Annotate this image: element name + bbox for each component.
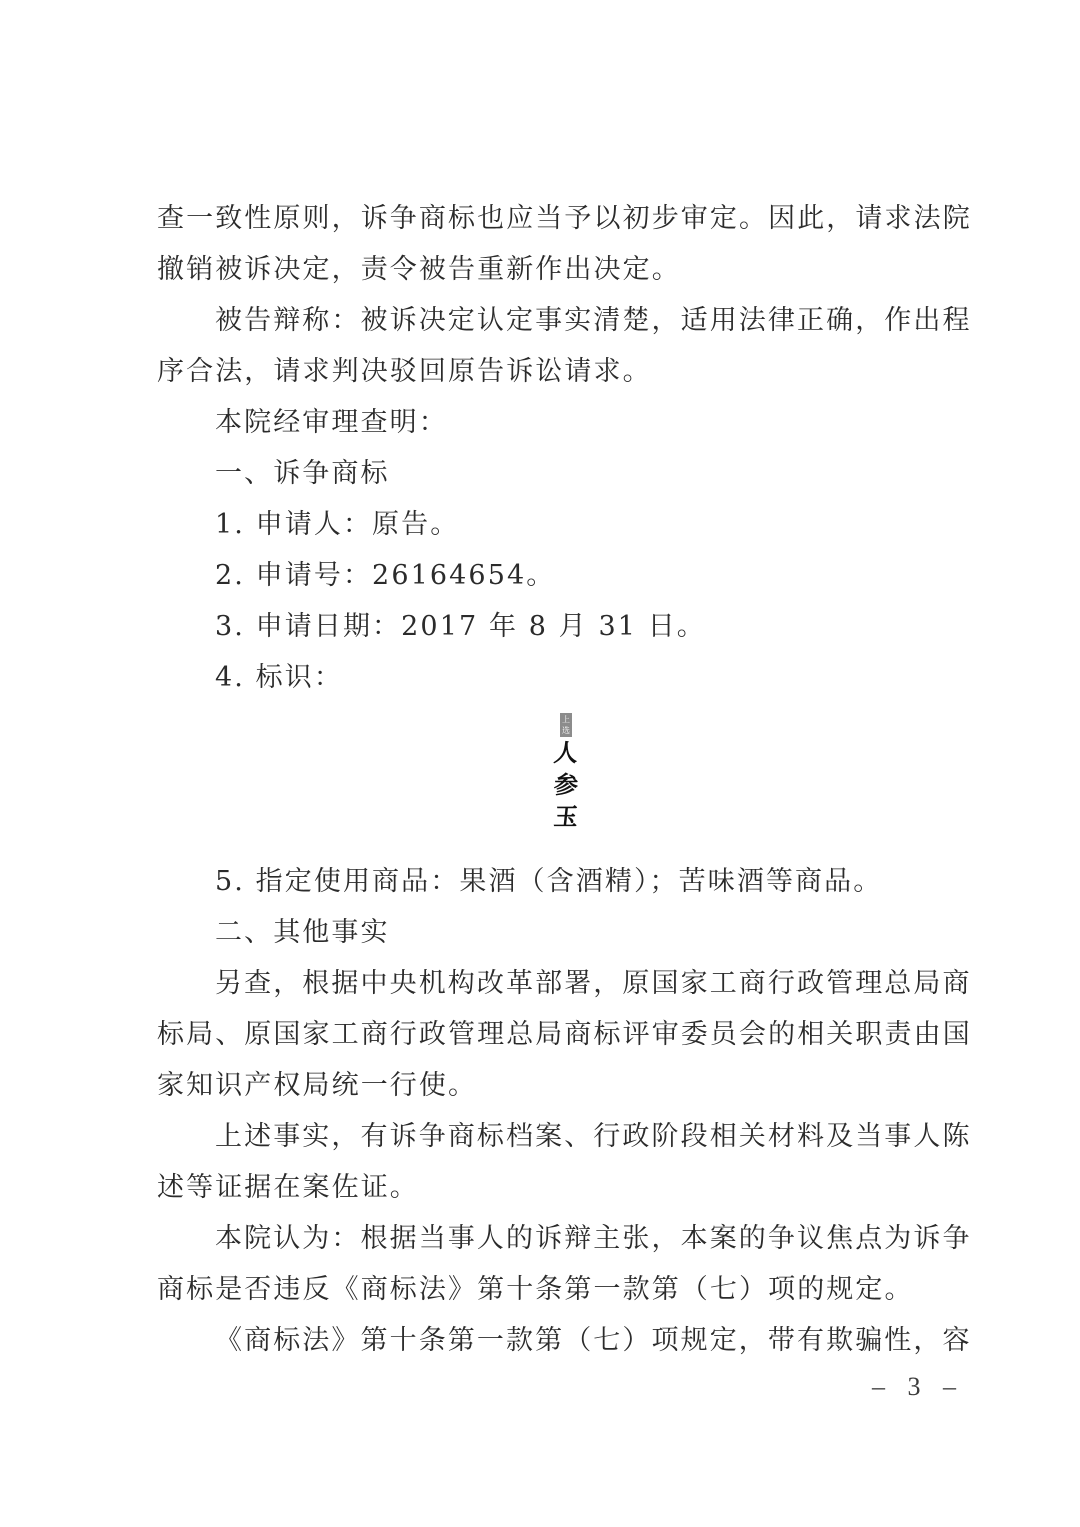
trademark-char: 人 [552, 737, 579, 769]
seal-char-top: 上 [560, 714, 572, 725]
text-line: 查一致性原则，诉争商标也应当予以初步审定。因此，请求法院 [157, 193, 977, 244]
text-line: 述等证据在案佐证。 [157, 1162, 977, 1213]
text-line: 1. 申请人：原告。 [157, 499, 977, 550]
item-applicant: 1. 申请人：原告。 [157, 499, 977, 550]
page-number: – 3 – [872, 1372, 964, 1402]
text-line: 2. 申请号：26164654。 [157, 550, 977, 601]
text-line: 5. 指定使用商品：果酒（含酒精）；苦味酒等商品。 [157, 856, 977, 907]
text-line: 4. 标识： [157, 652, 977, 703]
text-line: 一、诉争商标 [157, 448, 977, 499]
text-line: 另查，根据中央机构改革部署，原国家工商行政管理总局商 [157, 958, 977, 1009]
paragraph-court-opinion: 本院认为：根据当事人的诉辩主张，本案的争议焦点为诉争 商标是否违反《商标法》第十… [157, 1213, 977, 1315]
trademark-char: 参 [552, 769, 579, 801]
paragraph-defendant-argument: 被告辩称：被诉决定认定事实清楚，适用法律正确，作出程 序合法，请求判决驳回原告诉… [157, 295, 977, 397]
text-line: 家知识产权局统一行使。 [157, 1060, 977, 1111]
text-line: 本院经审理查明： [157, 397, 977, 448]
text-line: 序合法，请求判决驳回原告诉讼请求。 [157, 346, 977, 397]
text-line: 3. 申请日期：2017 年 8 月 31 日。 [157, 601, 977, 652]
document-page: 查一致性原则，诉争商标也应当予以初步审定。因此，请求法院 撤销被诉决定，责令被告… [0, 0, 1080, 1527]
text-line: 被告辩称：被诉决定认定事实清楚，适用法律正确，作出程 [157, 295, 977, 346]
text-line: 本院认为：根据当事人的诉辩主张，本案的争议焦点为诉争 [157, 1213, 977, 1264]
document-body: 查一致性原则，诉争商标也应当予以初步审定。因此，请求法院 撤销被诉决定，责令被告… [157, 193, 977, 1366]
item-application-number: 2. 申请号：26164654。 [157, 550, 977, 601]
trademark-image: 上 选 人 参 玉 [157, 703, 977, 856]
text-line: 撤销被诉决定，责令被告重新作出决定。 [157, 244, 977, 295]
paragraph-evidence: 上述事实，有诉争商标档案、行政阶段相关材料及当事人陈 述等证据在案佐证。 [157, 1111, 977, 1213]
item-designated-goods: 5. 指定使用商品：果酒（含酒精）；苦味酒等商品。 [157, 856, 977, 907]
text-line: 二、其他事实 [157, 907, 977, 958]
item-application-date: 3. 申请日期：2017 年 8 月 31 日。 [157, 601, 977, 652]
paragraph-institutional-reform: 另查，根据中央机构改革部署，原国家工商行政管理总局商 标局、原国家工商行政管理总… [157, 958, 977, 1111]
trademark-seal-icon: 上 选 [560, 713, 572, 737]
paragraph-plaintiff-claim-end: 查一致性原则，诉争商标也应当予以初步审定。因此，请求法院 撤销被诉决定，责令被告… [157, 193, 977, 295]
text-line: 商标是否违反《商标法》第十条第一款第（七）项的规定。 [157, 1264, 977, 1315]
seal-char-bottom: 选 [560, 725, 572, 736]
section-heading-disputed-trademark: 一、诉争商标 [157, 448, 977, 499]
trademark-char: 玉 [552, 801, 579, 833]
text-line: 上述事实，有诉争商标档案、行政阶段相关材料及当事人陈 [157, 1111, 977, 1162]
text-line: 标局、原国家工商行政管理总局商标评审委员会的相关职责由国 [157, 1009, 977, 1060]
section-heading-other-facts: 二、其他事实 [157, 907, 977, 958]
text-line: 《商标法》第十条第一款第（七）项规定，带有欺骗性，容 [157, 1315, 977, 1366]
trademark-logo: 上 选 人 参 玉 [554, 713, 578, 833]
item-mark-label: 4. 标识： [157, 652, 977, 703]
paragraph-trademark-law-article: 《商标法》第十条第一款第（七）项规定，带有欺骗性，容 [157, 1315, 977, 1366]
paragraph-court-findings-intro: 本院经审理查明： [157, 397, 977, 448]
